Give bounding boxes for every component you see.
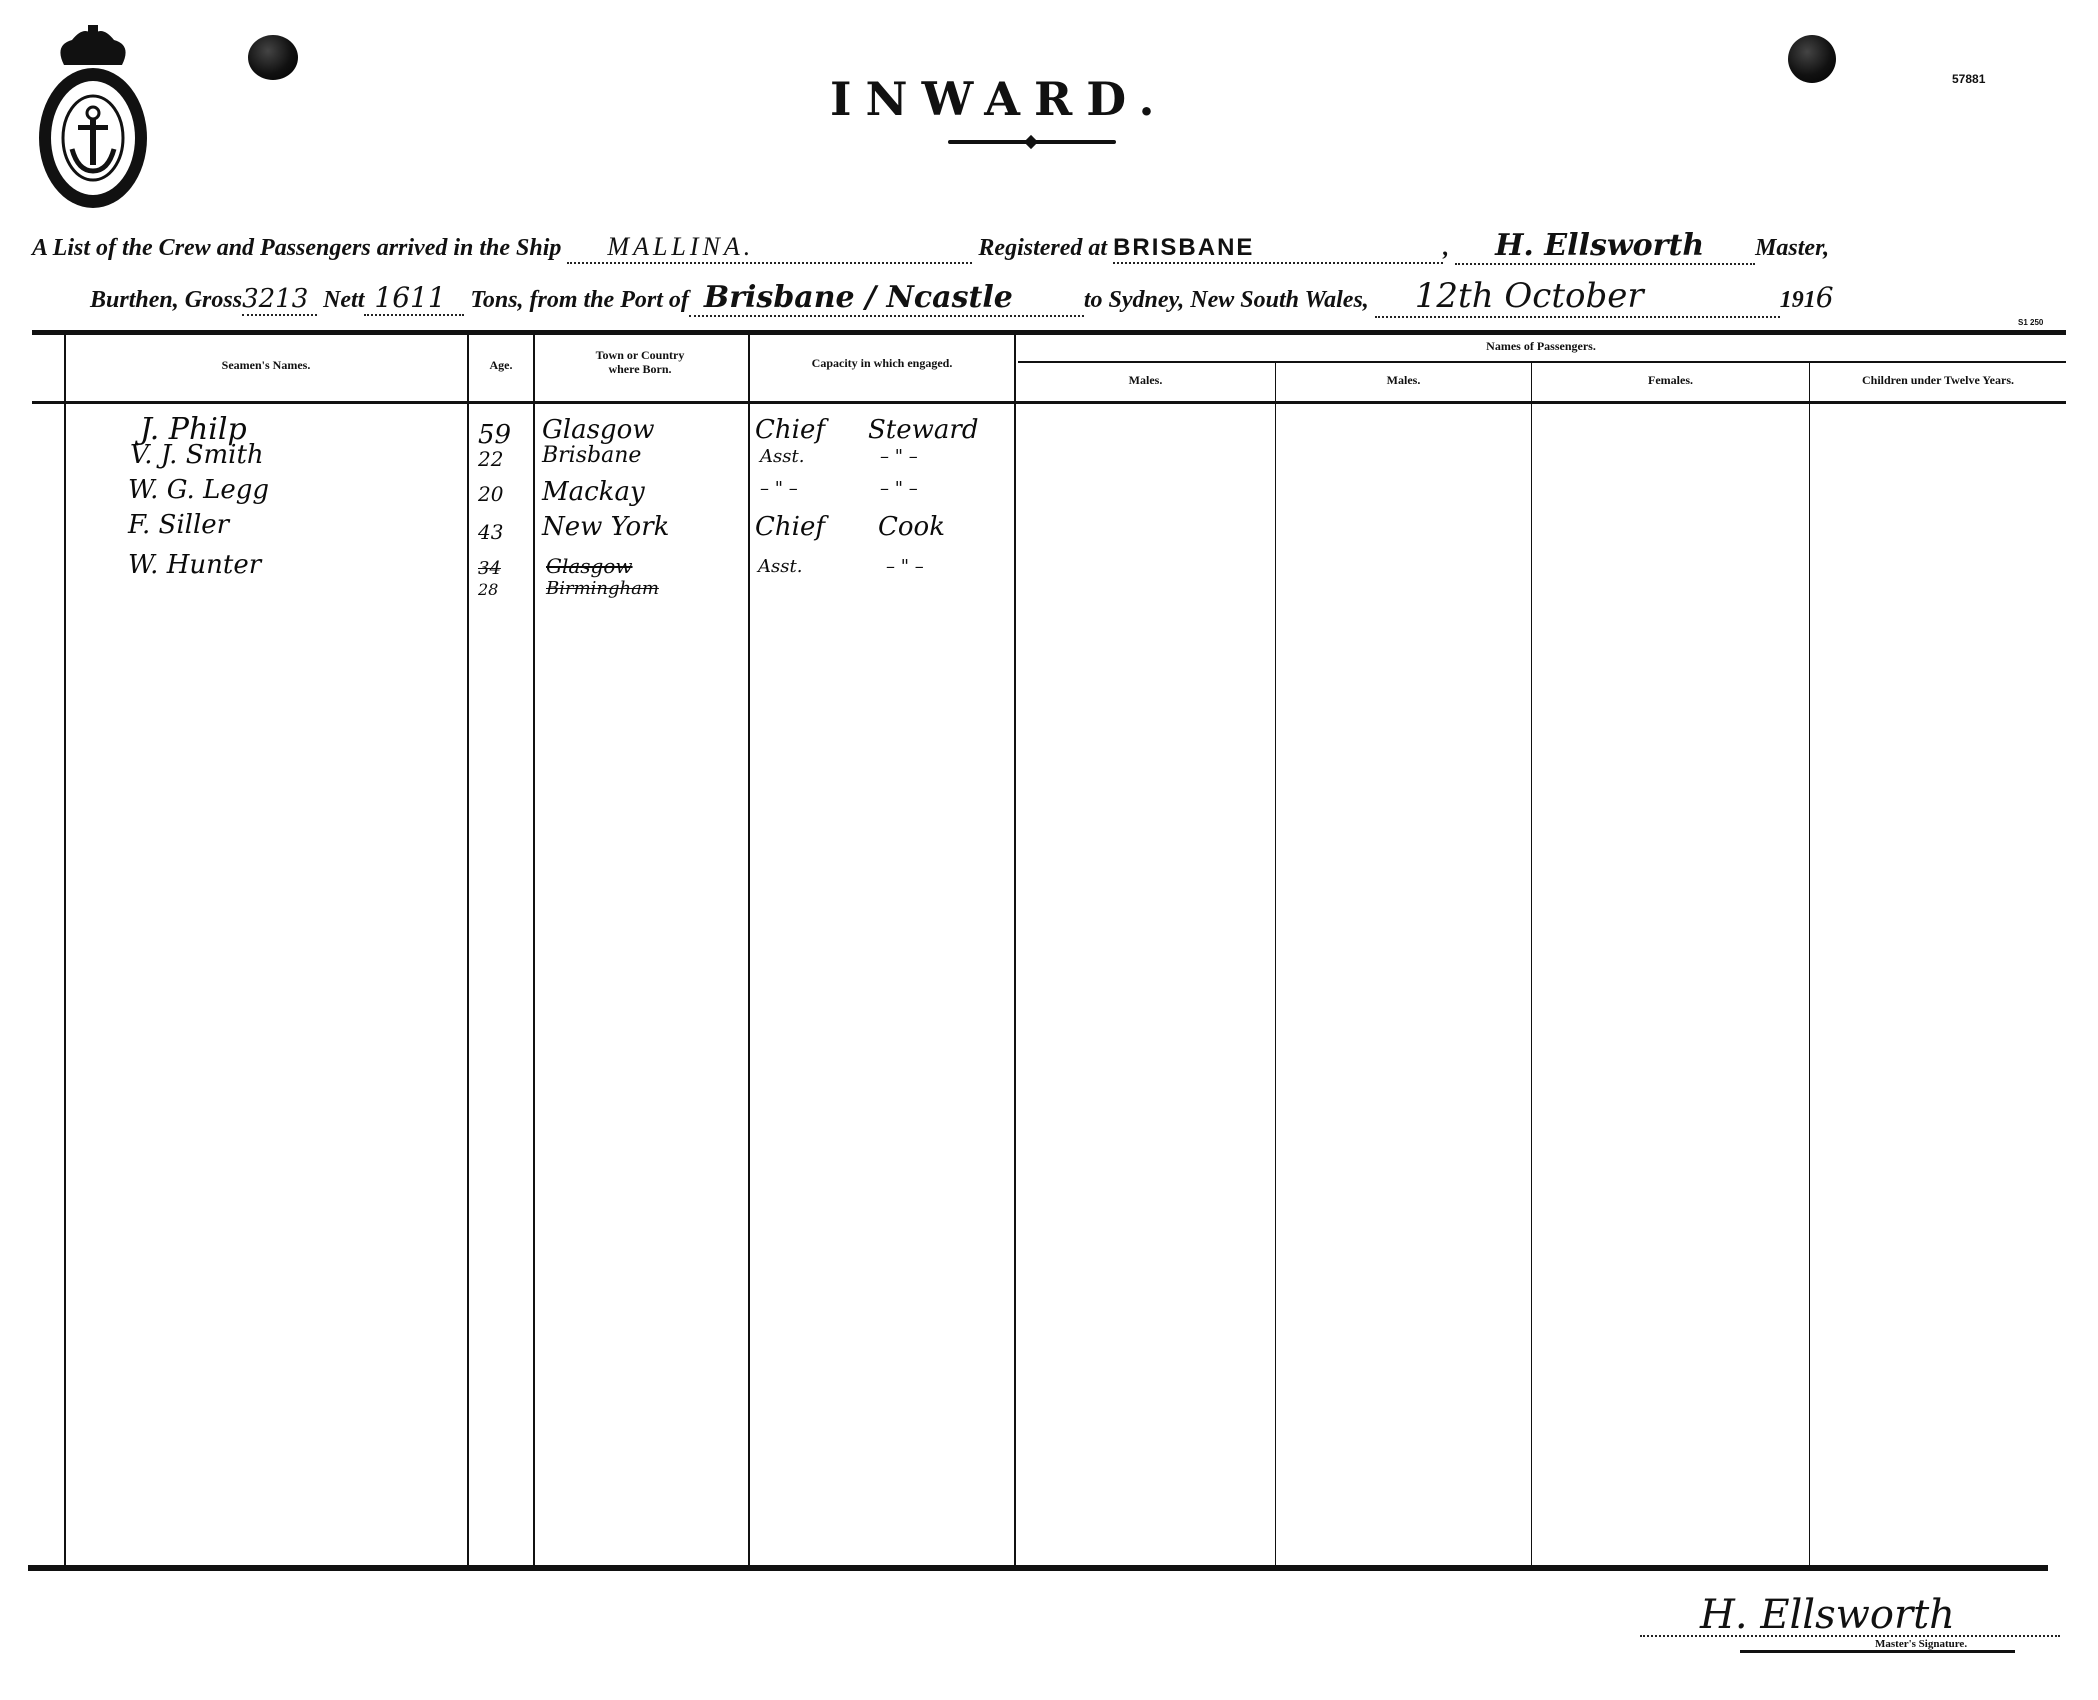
from-port-field: Brisbane / Ncastle [689,280,1084,317]
row-5-age-struck: 34 [478,558,501,579]
punch-hole-right [1788,35,1836,83]
row-1-born: Glasgow [542,415,654,445]
row-6-age: 28 [478,580,498,599]
row-1-age: 59 [478,420,511,450]
row-2-capacity-1: Asst. [760,446,804,467]
header-town-born: Town or Country where Born. [580,348,700,376]
column-divider [467,333,469,1566]
header-males-1: Males. [1016,373,1275,387]
row-4-capacity-2: Cook [878,512,945,542]
registered-label: Registered at [978,235,1107,261]
row-1-capacity-1: Chief [755,415,825,445]
row-5-capacity-1: Asst. [758,556,802,577]
row-3-name: W. G. Legg [128,475,269,505]
header-bottom-rule [32,401,2066,404]
signature-dotted-line [1640,1635,2060,1637]
ship-name-value: MALLINA. [607,232,754,261]
date-value: 12th October [1415,276,1644,316]
column-divider [748,333,750,1566]
row-3-capacity-1: – " – [760,478,798,499]
comma: , [1443,235,1449,261]
column-divider [64,333,66,1566]
gross-tons-value: 3213 [242,284,308,314]
master-name-value: H. Ellsworth [1495,228,1704,263]
row-2-age: 22 [478,447,503,471]
burthen-label: Burthen, Gross [90,287,242,313]
passengers-subheader-rule [1018,361,2066,363]
header-names-of-passengers: Names of Passengers. [1016,339,2066,353]
header-males-2: Males. [1276,373,1531,387]
nett-label: Nett [323,287,364,313]
reference-number: 57881 [1952,72,1985,86]
row-5-name: W. Hunter [128,550,261,580]
title-ornament-rule [948,140,1116,144]
header-age: Age. [469,358,533,372]
to-sydney-label: to Sydney, New South Wales, [1084,287,1369,313]
header-capacity: Capacity in which engaged. [750,356,1014,370]
row-4-age: 43 [478,520,503,544]
gross-tons-field: 3213 [242,284,317,316]
year-suffix: 6 [1816,281,1834,314]
signature-underline [1740,1650,2015,1653]
column-divider [1809,362,1810,1566]
column-divider [1531,362,1532,1566]
header-seamens-names: Seamen's Names. [66,358,466,372]
page-title: INWARD. [830,72,1168,126]
ship-name-field: MALLINA. [567,232,972,264]
form-line-burthen: Burthen, Gross3213 Nett1611 Tons, from t… [90,276,1834,318]
master-name-field: H. Ellsworth [1455,228,1755,265]
registered-port-field: BRISBANE [1113,234,1443,264]
nett-tons-value: 1611 [374,281,445,314]
registered-port-value: BRISBANE [1113,234,1254,261]
nett-tons-field: 1611 [364,281,464,316]
punch-hole-left [248,35,298,80]
row-4-capacity-1: Chief [755,512,825,542]
signature-label: Master's Signature. [1875,1638,1967,1650]
date-field: 12th October [1375,276,1780,318]
tons-from-port-label: Tons, from the Port of [470,287,688,313]
row-3-capacity-2: – " – [880,478,918,499]
ship-list-label: A List of the Crew and Passengers arrive… [32,235,561,261]
column-divider [1014,333,1016,1566]
column-divider [1275,362,1276,1566]
row-2-capacity-2: – " – [880,446,918,467]
column-divider [533,333,535,1566]
anchor-crown-emblem [34,25,152,210]
form-line-ship: A List of the Crew and Passengers arrive… [32,228,1829,265]
row-6-born: Birmingham [546,578,659,599]
row-2-born: Brisbane [542,443,641,468]
row-5-born-struck: Glasgow [546,554,633,578]
row-2-name: V. J. Smith [130,440,264,470]
row-5-capacity-2: – " – [886,556,924,577]
row-3-born: Mackay [542,477,645,507]
row-3-age: 20 [478,482,503,506]
row-4-name: F. Siller [128,510,229,540]
master-signature: H. Ellsworth [1700,1592,1955,1638]
row-4-born: New York [542,512,669,542]
table-top-rule [32,330,2066,335]
year-prefix: 191 [1780,287,1816,313]
header-females: Females. [1532,373,1809,387]
form-code: S1 250 [2018,318,2043,327]
header-children: Children under Twelve Years. [1810,373,2066,387]
row-1-capacity-2: Steward [868,415,978,445]
master-label: Master, [1755,235,1829,261]
from-port-value: Brisbane / Ncastle [704,280,1013,315]
table-bottom-rule [28,1565,2048,1571]
